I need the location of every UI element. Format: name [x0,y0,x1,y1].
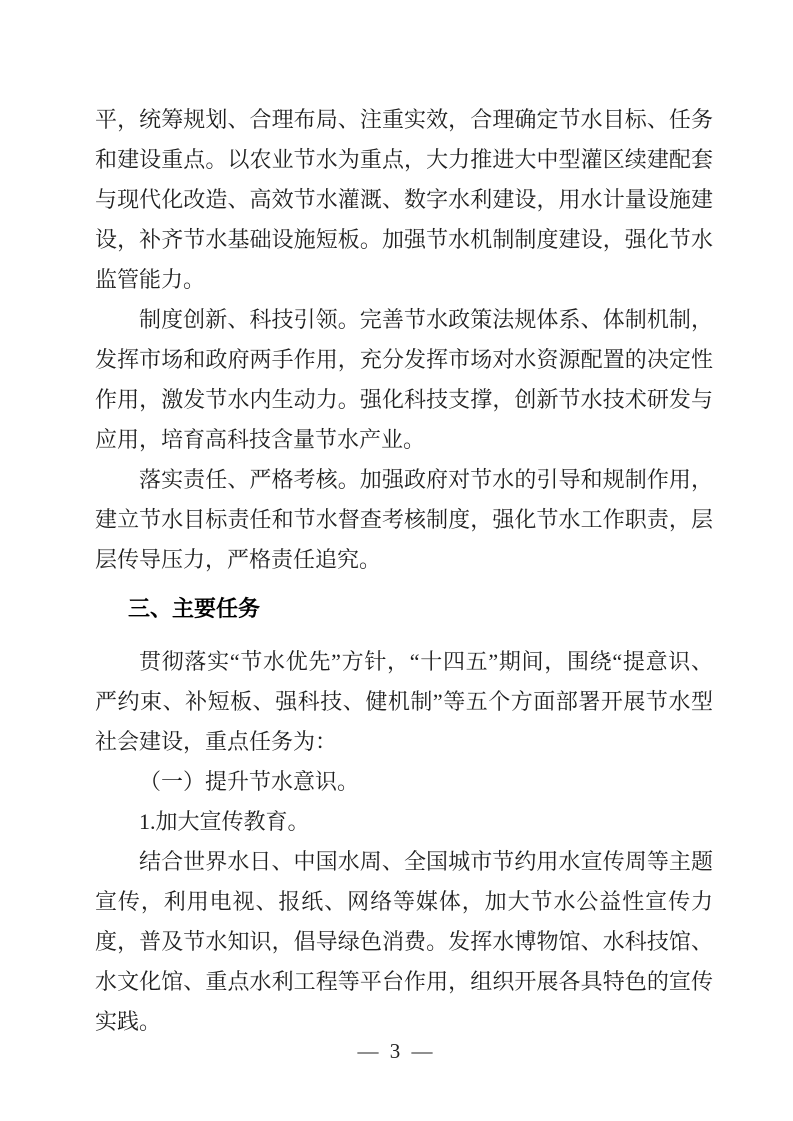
document-page: 平，统筹规划、合理布局、注重实效，合理确定节水目标、任务和建设重点。以农业节水为… [0,0,793,1121]
paragraph-responsibility-assessment: 落实责任、严格考核。加强政府对节水的引导和规制作用，建立节水目标责任和节水督查考… [95,460,713,580]
paragraph-tasks-overview: 贯彻落实“节水优先”方针，“十四五”期间，围绕“提意识、严约束、补短板、强科技、… [95,642,713,762]
paragraph-sub1-title: 1.加大宣传教育。 [95,802,713,842]
page-body: 平，统筹规划、合理布局、注重实效，合理确定节水目标、任务和建设重点。以农业节水为… [95,100,713,1042]
paragraph-institution-innovation: 制度创新、科技引领。完善节水政策法规体系、体制机制，发挥市场和政府两手作用，充分… [95,300,713,460]
paragraph-continuation: 平，统筹规划、合理布局、注重实效，合理确定节水目标、任务和建设重点。以农业节水为… [95,100,713,300]
section-heading-main-tasks: 三、主要任务 [95,589,713,629]
page-number: — 3 — [0,1036,793,1066]
paragraph-item1-title: （一）提升节水意识。 [95,762,713,802]
paragraph-sub1-body: 结合世界水日、中国水周、全国城市节约用水宣传周等主题宣传，利用电视、报纸、网络等… [95,842,713,1042]
